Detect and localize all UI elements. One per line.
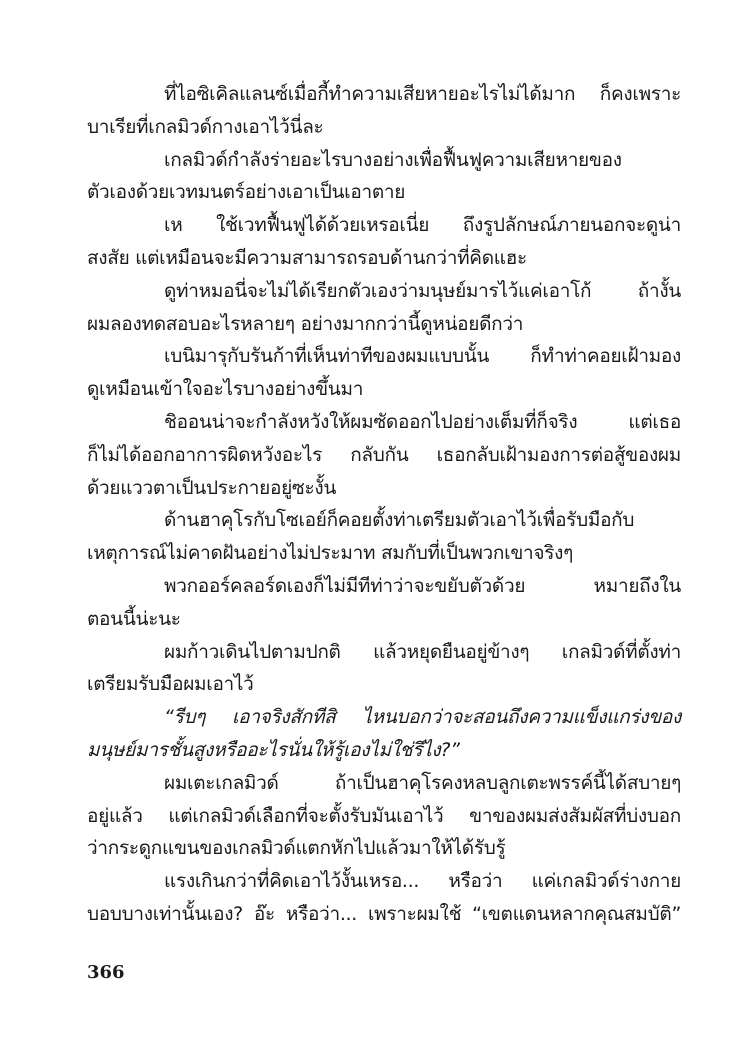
text-line: บาเรียที่เกลมิวด์กางเอาไว้นี่ละ — [87, 111, 681, 144]
text-line: ดูเหมือนเข้าใจอะไรบางอย่างขึ้นมา — [87, 373, 681, 406]
text-line: เหตุการณ์ไม่คาดฝันอย่างไม่ประมาท สมกับที… — [87, 537, 681, 570]
text-line: ดูท่าหมอนี่จะไม่ได้เรียกตัวเองว่ามนุษย์ม… — [87, 275, 681, 308]
dialogue-line: “รีบๆ เอาจริงสักทีสิ ไหนบอกว่าจะสอนถึงคว… — [87, 701, 681, 734]
text-line: ว่ากระดูกแขนของเกลมิวด์แตกหักไปแล้วมาให้… — [87, 832, 681, 865]
text-line: อยู่แล้ว แต่เกลมิวด์เลือกที่จะตั้งรับมัน… — [87, 800, 681, 833]
text-line: เบนิมารุกับรันก้าที่เห็นท่าทีของผมแบบนั้… — [87, 340, 681, 373]
text-line: ผมก้าวเดินไปตามปกติ แล้วหยุดยืนอยู่ข้างๆ… — [87, 636, 681, 669]
text-line: ด้านฮาคุโรกับโซเอย์ก็คอยตั้งท่าเตรียมตัว… — [87, 504, 681, 537]
text-line: พวกออร์คลอร์ดเองก็ไม่มีทีท่าว่าจะขยับตัว… — [87, 570, 681, 603]
text-line: ก็ไม่ได้ออกอาการผิดหวังอะไร กลับกัน เธอก… — [87, 439, 681, 472]
text-line: ด้วยแววตาเป็นประกายอยู่ซะงั้น — [87, 472, 681, 505]
book-page-body: ที่ไอซิเคิลแลนซ์เมื่อกี้ทำความเสียหายอะไ… — [87, 78, 681, 931]
text-line: ตอนนี้น่ะนะ — [87, 603, 681, 636]
text-line: ที่ไอซิเคิลแลนซ์เมื่อกี้ทำความเสียหายอะไ… — [87, 78, 681, 111]
text-line: ตัวเองด้วยเวทมนตร์อย่างเอาเป็นเอาตาย — [87, 176, 681, 209]
dialogue-line: มนุษย์มารชั้นสูงหรืออะไรนั่นให้รู้เองไม่… — [87, 734, 681, 767]
text-line: ผมเตะเกลมิวด์ ถ้าเป็นฮาคุโรคงหลบลูกเตะพร… — [87, 767, 681, 800]
text-line: ผมลองทดสอบอะไรหลายๆ อย่างมากกว่านี้ดูหน่… — [87, 308, 681, 341]
text-line: เห ใช้เวทฟื้นฟูได้ด้วยเหรอเนี่ย ถึงรูปลั… — [87, 209, 681, 242]
text-line: แรงเกินกว่าที่คิดเอาไว้งั้นเหรอ... หรือว… — [87, 865, 681, 898]
text-line: สงสัย แต่เหมือนจะมีความสามารถรอบด้านกว่า… — [87, 242, 681, 275]
text-line: บอบบางเท่านั้นเอง? อ๊ะ หรือว่า... เพราะผ… — [87, 898, 681, 931]
page-number: 366 — [87, 962, 125, 983]
text-line: เตรียมรับมือผมเอาไว้ — [87, 668, 681, 701]
text-line: เกลมิวด์กำลังร่ายอะไรบางอย่างเพื่อฟื้นฟู… — [87, 144, 681, 177]
text-line: ชิออนน่าจะกำลังหวังให้ผมซัดออกไปอย่างเต็… — [87, 406, 681, 439]
